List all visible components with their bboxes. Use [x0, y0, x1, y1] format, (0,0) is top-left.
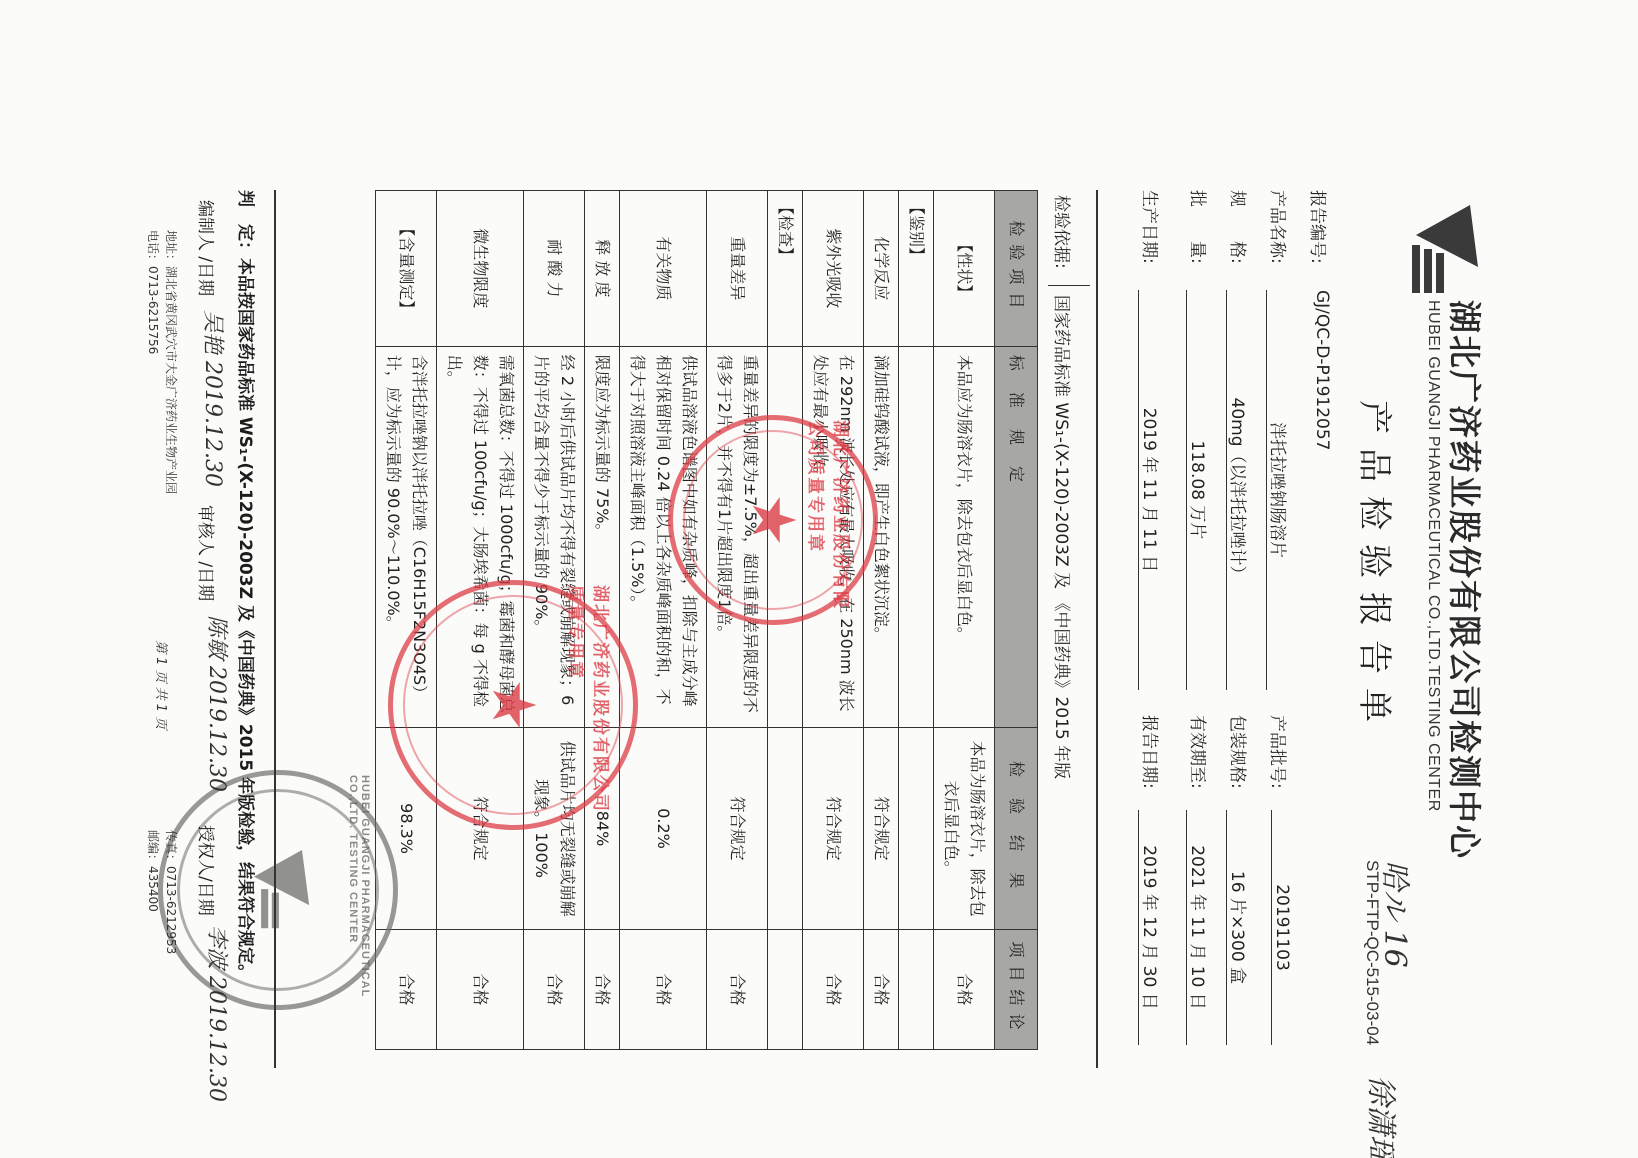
- standard-spec: 本品应为肠溶衣片，除去包衣后显白色。: [934, 346, 995, 727]
- report-date-value: 2019 年 12 月 30 日: [1138, 810, 1164, 1045]
- reviewer-label: 审核人 /日期: [195, 505, 220, 601]
- basis-label: 检验依据:: [1051, 195, 1076, 269]
- company-name-cn: 湖北广济药业股份有限公司检测中心: [1443, 300, 1490, 860]
- item-conclusion: 合格: [934, 930, 995, 1050]
- address: 地址：湖北省黄冈武穴市大金广济药业生物产业园: [163, 230, 180, 494]
- report-title: 产品检验报告单: [1353, 400, 1402, 736]
- production-date-value: 2019 年 11 月 11 日: [1138, 290, 1164, 690]
- test-result: 符合规定: [803, 728, 864, 930]
- table-row: 有关物质供试品溶液色谱图中如有杂质峰，扣除与主成分峰相对保留时间 0.24 倍以…: [620, 191, 707, 1050]
- item-conclusion: 合格: [707, 930, 768, 1050]
- header-result: 检 验 结 果: [995, 728, 1038, 930]
- page-info: 第 1 页 共 1 页: [153, 640, 172, 729]
- postcode: 邮编：435400: [145, 830, 162, 912]
- standard-spec: 含泮托拉唑钠以泮托拉唑（C16H15F2N3O4S）计，应为标示量的 90.0%…: [376, 346, 437, 727]
- divider: [274, 190, 276, 1068]
- table-row: 【检查】: [768, 191, 803, 1050]
- test-report-page: 湖北广济药业股份有限公司检测中心 HUBEI GUANGJI PHARMACEU…: [0, 0, 1638, 1158]
- item-conclusion: 合格: [864, 930, 899, 1050]
- test-result: 符合规定: [437, 728, 524, 930]
- company-name-en: HUBEI GUANGJI PHARMACEUTICAL CO.,LTD.TES…: [1424, 300, 1442, 812]
- section-heading: 【检查】: [768, 191, 803, 347]
- testing-center-seal-stamp: HUBEI GUANGJI PHARMACEUTICAL CO.,LTD. TE…: [158, 770, 398, 1010]
- product-name-value: 泮托拉唑钠肠溶片: [1266, 290, 1292, 690]
- fax: 传真：0713-6212953: [163, 830, 180, 954]
- spec-label: 规 格:: [1227, 190, 1252, 264]
- production-date-label: 生产日期:: [1139, 190, 1164, 264]
- batch-no-value: 20191103: [1271, 810, 1292, 1045]
- packaging-value: 16 片×300 盒: [1226, 810, 1252, 1045]
- test-result: 供试品片均无裂缝或崩解现象。 100%: [524, 728, 585, 930]
- basis-value: 国家药品标准 WS₁-(X-120)-2003Z 及 《中国药典》2015 年版: [1051, 295, 1076, 779]
- table-row: 重量差异重量差异的限度为±7.5%，超出重量差异限度的不得多于2片，并不得有1片…: [707, 191, 768, 1050]
- test-item: 【性状】: [934, 191, 995, 347]
- preparer-signature: 吴艳 2019.12.30: [199, 310, 230, 487]
- report-date-label: 报告日期:: [1139, 715, 1164, 789]
- item-conclusion: 合格: [620, 930, 707, 1050]
- test-item: 【含量测定】: [376, 191, 437, 347]
- item-conclusion: 合格: [437, 930, 524, 1050]
- test-result: 0.2%: [620, 728, 707, 930]
- test-result: 84%: [585, 728, 620, 930]
- item-conclusion: 合格: [803, 930, 864, 1050]
- table-row: 【鉴别】: [899, 191, 934, 1050]
- verdict-text: 判 定：本品按国家药品标准 WS₁-(X-120)-2003Z 及《中国药典》2…: [235, 190, 260, 981]
- expiry-label: 有效期至:: [1187, 715, 1212, 789]
- header-item: 检验项目: [995, 191, 1038, 347]
- standard-spec: 限度应为标示量的 75%。: [585, 346, 620, 727]
- quantity-label: 批 量:: [1187, 190, 1212, 264]
- test-results-table: 检验项目 标 准 规 定 检 验 结 果 项目结论 【性状】本品应为肠溶衣片，除…: [375, 190, 1038, 1050]
- report-no-value: GJ/QC-D-P1912057: [1312, 290, 1332, 451]
- quantity-value: 118.08 万片: [1186, 290, 1212, 690]
- phone: 电话：0713-6215756: [145, 230, 162, 354]
- table-row: 紫外光吸收在 292nm 波长处应有最大吸收，在 250nm 波长处应有最小吸收…: [803, 191, 864, 1050]
- item-conclusion: 合格: [524, 930, 585, 1050]
- table-row: 化学反应滴加硅钨酸试液，即产生白色絮状沉淀。符合规定合格: [864, 191, 899, 1050]
- approver-label: 授权人/日期: [195, 825, 220, 916]
- header-standard: 标 准 规 定: [995, 346, 1038, 727]
- test-item: 重量差异: [707, 191, 768, 347]
- reviewer-signature: 陈敏 2019.12.30: [203, 615, 234, 792]
- handwritten-note: 哈ル 16: [1376, 860, 1420, 968]
- test-result: 符合规定: [864, 728, 899, 930]
- test-item: 微生物限度: [437, 191, 524, 347]
- item-conclusion: 合格: [585, 930, 620, 1050]
- standard-spec: 在 292nm 波长处应有最大吸收，在 250nm 波长处应有最小吸收。: [803, 346, 864, 727]
- report-no-label: 报告编号:: [1307, 190, 1332, 264]
- standard-spec: 供试品溶液色谱图中如有杂质峰，扣除与主成分峰相对保留时间 0.24 倍以上各杂质…: [620, 346, 707, 727]
- table-row: 【性状】本品应为肠溶衣片，除去包衣后显白色。本品为肠溶衣片，除去包衣后显白色。合…: [934, 191, 995, 1050]
- test-result: 98.3%: [376, 728, 437, 930]
- table-row: 【含量测定】含泮托拉唑钠以泮托拉唑（C16H15F2N3O4S）计，应为标示量的…: [376, 191, 437, 1050]
- standard-spec: 重量差异的限度为±7.5%，超出重量差异限度的不得多于2片，并不得有1片超出限度…: [707, 346, 768, 727]
- guangji-logo-icon: [1408, 205, 1478, 295]
- item-conclusion: 合格: [376, 930, 437, 1050]
- test-item: 有关物质: [620, 191, 707, 347]
- spec-value: 40mg（以泮托拉唑计）: [1226, 290, 1252, 690]
- product-name-label: 产品名称:: [1267, 190, 1292, 264]
- section-heading: 【鉴别】: [899, 191, 934, 347]
- standard-spec: 经 2 小时后供试品片均不得有裂缝或崩解现象；6 片的平均含量不得少于标示量的 …: [524, 346, 585, 727]
- standard-spec: 滴加硅钨酸试液，即产生白色絮状沉淀。: [864, 346, 899, 727]
- table-row: 耐 酸 力经 2 小时后供试品片均不得有裂缝或崩解现象；6 片的平均含量不得少于…: [524, 191, 585, 1050]
- test-result: 符合规定: [707, 728, 768, 930]
- divider: [1096, 190, 1098, 1068]
- table-row: 释 放 度限度应为标示量的 75%。84%合格: [585, 191, 620, 1050]
- test-result: 本品为肠溶衣片，除去包衣后显白色。: [934, 728, 995, 930]
- test-item: 耐 酸 力: [524, 191, 585, 347]
- table-row: 微生物限度需氧菌总数：不得过 1000cfu/g；霉菌和酵母菌总数：不得过 10…: [437, 191, 524, 1050]
- preparer-label: 编制人 /日期: [195, 200, 220, 296]
- standard-spec: 需氧菌总数：不得过 1000cfu/g；霉菌和酵母菌总数：不得过 100cfu/…: [437, 346, 524, 727]
- handwritten-name: 徐潇瑶: [1362, 1075, 1406, 1158]
- header-conclusion: 项目结论: [995, 930, 1038, 1050]
- approver-signature: 李波 2019.12.30: [203, 925, 234, 1102]
- test-item: 释 放 度: [585, 191, 620, 347]
- packaging-label: 包装规格:: [1227, 715, 1252, 789]
- test-item: 紫外光吸收: [803, 191, 864, 347]
- test-item: 化学反应: [864, 191, 899, 347]
- expiry-value: 2021 年 11 月 10 日: [1186, 810, 1212, 1045]
- batch-no-label: 产品批号:: [1267, 715, 1292, 789]
